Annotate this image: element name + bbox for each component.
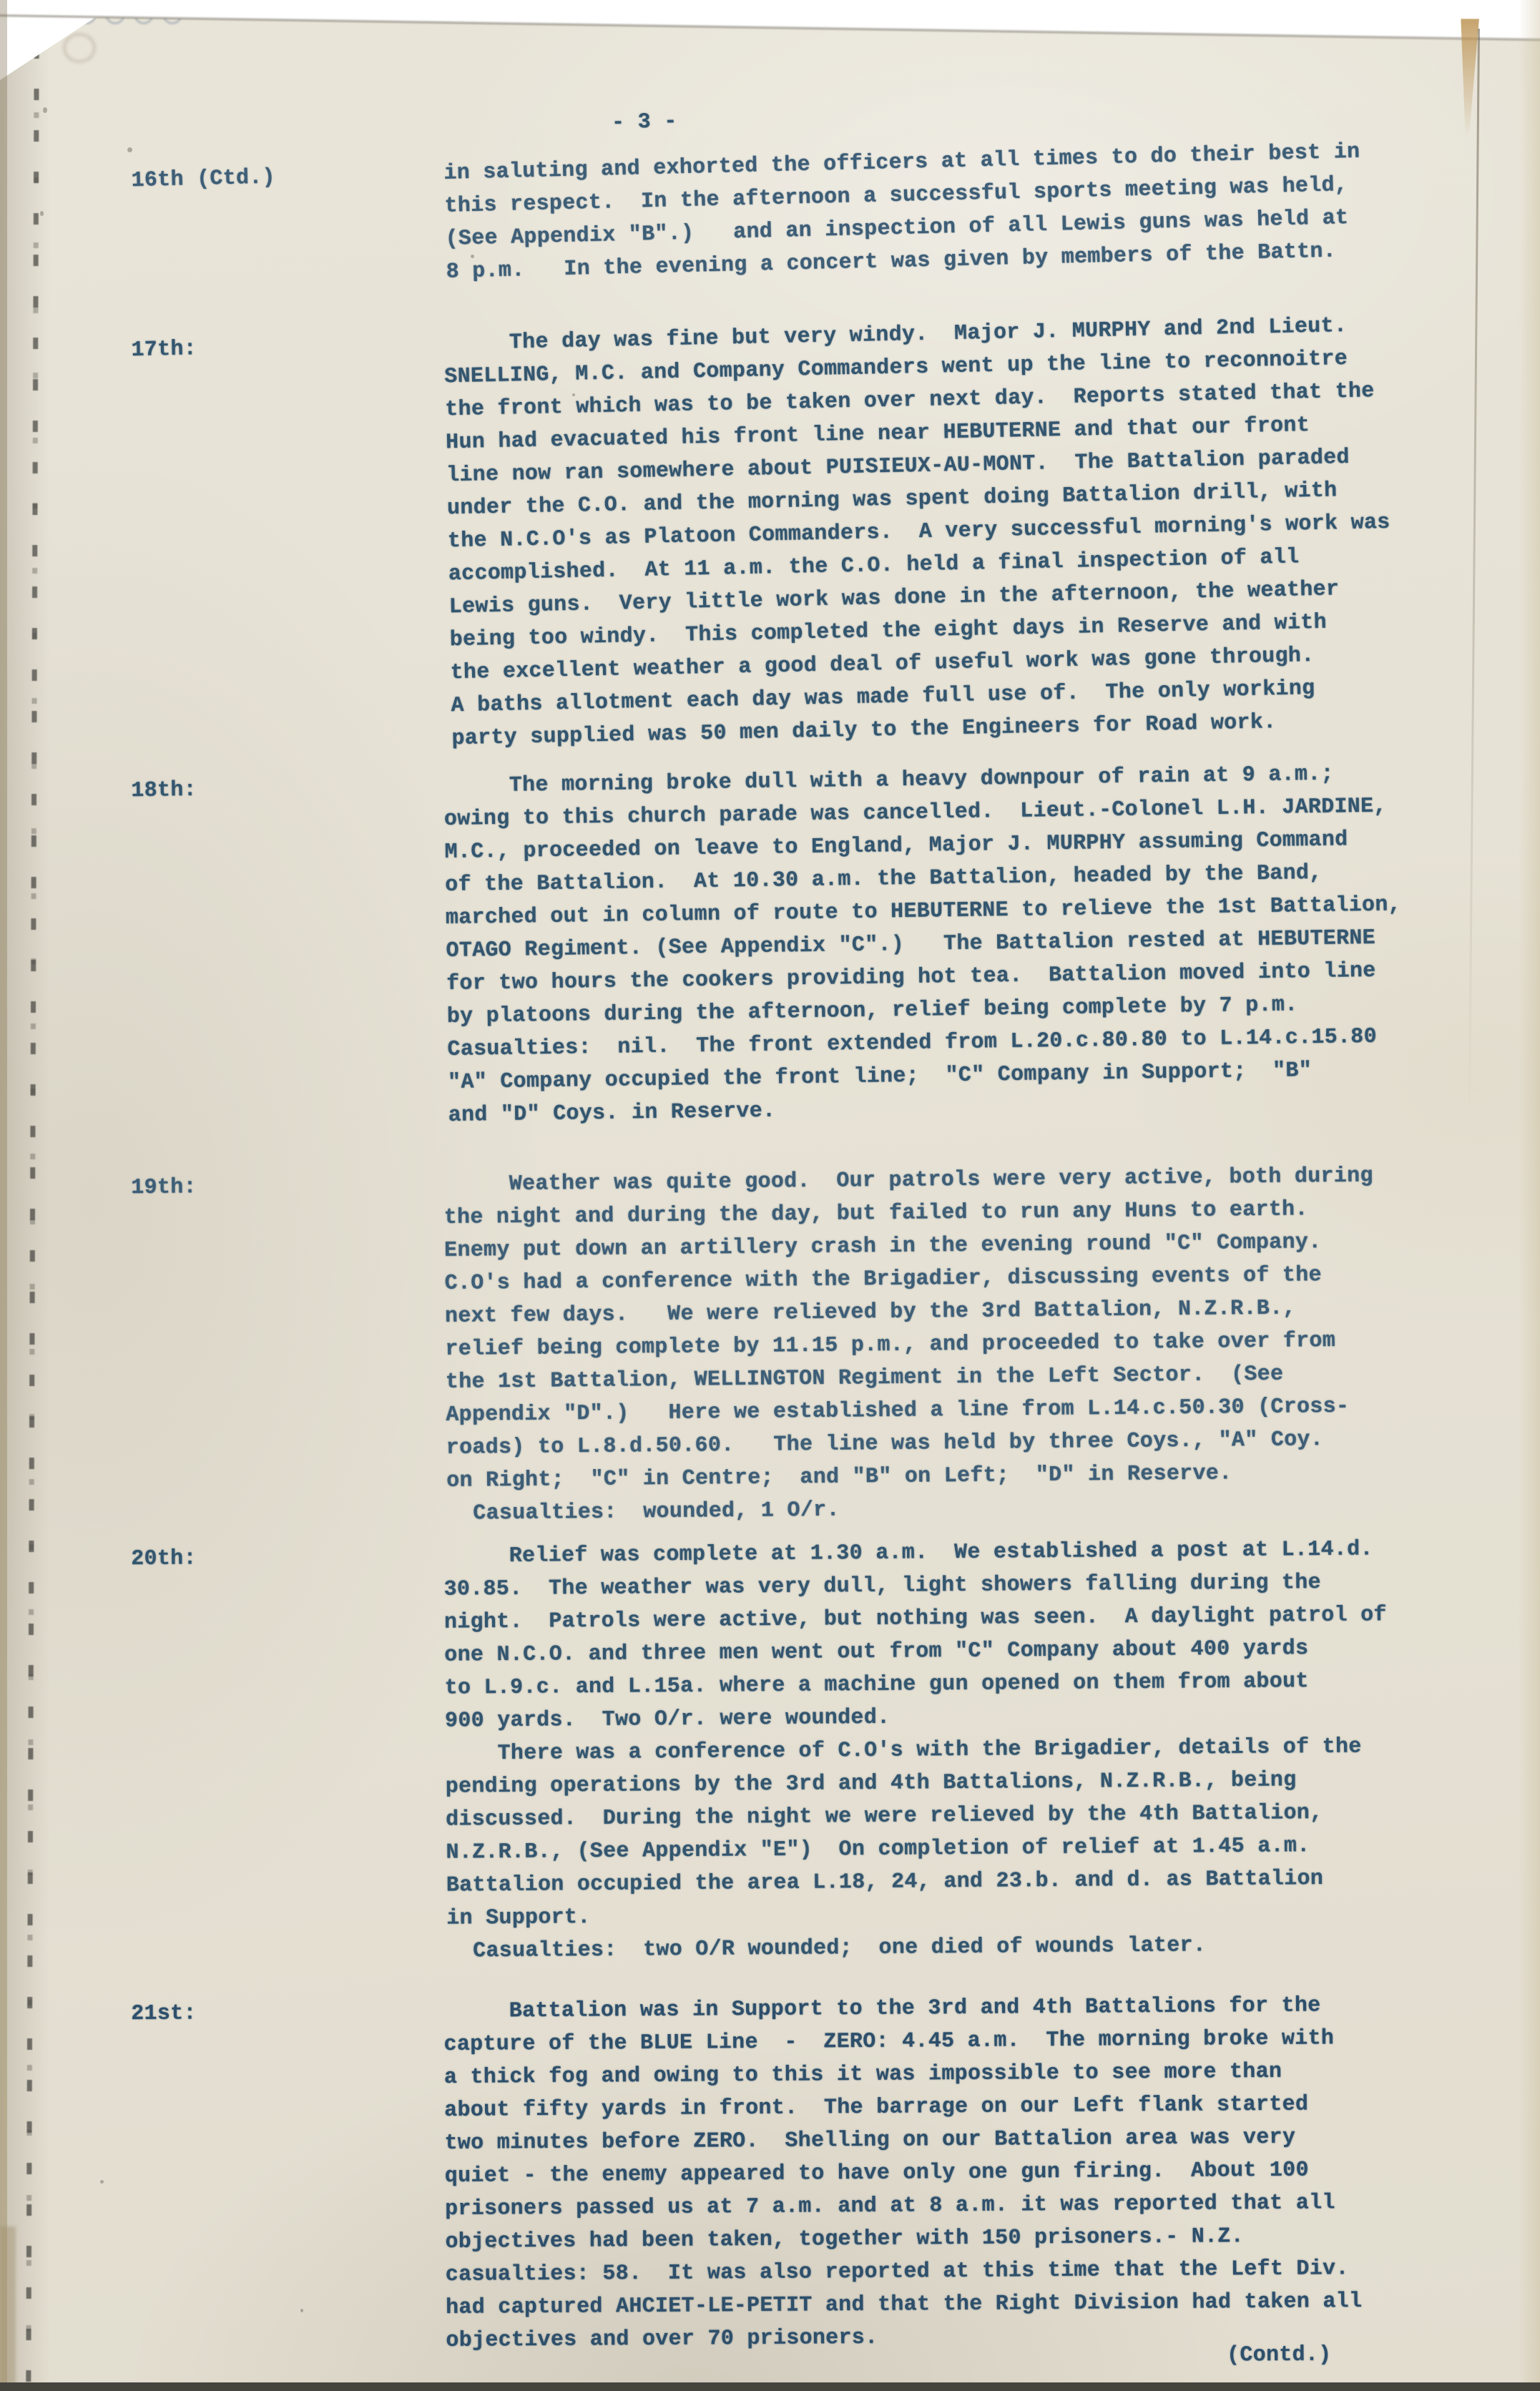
paper-speck-decoration <box>492 2244 496 2249</box>
paper-speck-decoration <box>572 393 575 396</box>
diary-entry-17th: 17th: The day was fine but very windy. M… <box>0 307 1502 337</box>
continued-footer: (Contd.) <box>1227 2339 1332 2372</box>
diary-entry-18th: 18th: The morning broke dull with a heav… <box>0 755 1502 776</box>
diary-entry-19th: 19th: Weather was quite good. Our patrol… <box>0 1159 1502 1173</box>
entry-text: The day was fine but very windy. Major J… <box>443 306 1525 755</box>
diary-entry-16th: 16th (Ctd.) in saluting and exhorted the… <box>0 132 1501 167</box>
entry-date-label: 19th: <box>131 1171 197 1204</box>
entry-text: The morning broke dull with a heavy down… <box>443 755 1521 1132</box>
entry-text: in saluting and exhorted the officers at… <box>443 132 1519 288</box>
page-corner-shadow-decoration <box>0 2226 16 2384</box>
entry-text: Battalion was in Support to the 3rd and … <box>443 1988 1519 2357</box>
war-diary-page: - 3 - 16th (Ctd.) in saluting and exhort… <box>0 0 1540 2391</box>
entry-date-label: 17th: <box>131 333 197 367</box>
page-right-edge-decoration <box>1519 0 1540 2391</box>
page-number: - 3 - <box>612 105 677 139</box>
paper-dimple-decoration <box>63 33 96 63</box>
entry-text: Weather was quite good. Our patrols were… <box>443 1158 1520 1530</box>
entry-date-label: 16th (Ctd.) <box>131 161 275 197</box>
entry-date-label: 21st: <box>131 1997 197 2031</box>
paper-speck-decoration <box>43 107 47 113</box>
paper-speck-decoration <box>300 2309 303 2312</box>
paper-speck-decoration <box>40 211 44 216</box>
entry-date-label: 20th: <box>131 1542 197 1576</box>
paper-speck-decoration <box>127 147 132 152</box>
scan-background: { "colors": { "ink": "#335671", "paper":… <box>0 0 1540 2391</box>
paper-speck-decoration <box>100 2180 104 2184</box>
paper-speck-decoration <box>471 255 474 258</box>
diary-entry-20th: 20th: Relief was complete at 1.30 a.m. W… <box>0 1532 1502 1543</box>
entry-date-label: 18th: <box>131 774 197 807</box>
scan-bottom-edge-decoration <box>0 2382 1540 2391</box>
entry-text: Relief was complete at 1.30 a.m. We esta… <box>443 1532 1520 1968</box>
diary-entry-21st: 21st: Battalion was in Support to the 3r… <box>0 1988 1502 1999</box>
page-left-edge-decoration <box>0 0 7 2391</box>
